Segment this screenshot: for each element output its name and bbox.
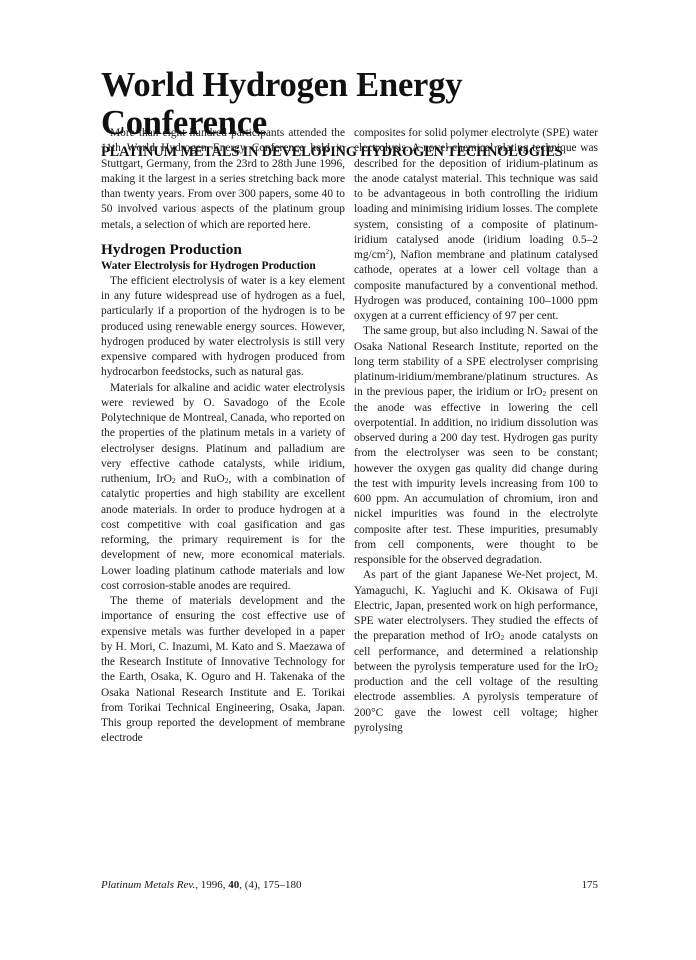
paragraph: The efficient electrolysis of water is a…	[101, 274, 345, 381]
text-run: present on the anode was effective in lo…	[354, 386, 598, 566]
text-run: , with a combination of catalytic proper…	[101, 473, 345, 592]
paragraph: Materials for alkaline and acidic water …	[101, 381, 345, 595]
text-run: production and the cell voltage of the r…	[354, 676, 598, 734]
subscript: 2	[594, 664, 598, 673]
article-page: World Hydrogen Energy Conference PLATINU…	[101, 66, 598, 161]
paragraph: As part of the giant Japanese We-Net pro…	[354, 568, 598, 736]
page-footer: Platinum Metals Rev., 1996, 40, (4), 175…	[101, 878, 598, 892]
intro-paragraph: More than eight hundred participants att…	[101, 126, 345, 233]
paragraph: composites for solid polymer electrolyte…	[354, 126, 598, 324]
citation-volume: 40	[228, 879, 239, 891]
text-run: ), Nafion membrane and platinum catalyse…	[354, 249, 598, 322]
text-run: Materials for alkaline and acidic water …	[101, 382, 345, 486]
section-heading: Hydrogen Production	[101, 241, 345, 259]
text-run: and RuO	[176, 473, 225, 485]
citation-year: , 1996,	[195, 879, 228, 891]
right-column: composites for solid polymer electrolyte…	[354, 126, 598, 747]
paragraph: The theme of materials development and t…	[101, 594, 345, 747]
left-column: More than eight hundred participants att…	[101, 126, 345, 747]
paragraph: The same group, but also including N. Sa…	[354, 324, 598, 568]
citation: Platinum Metals Rev., 1996, 40, (4), 175…	[101, 878, 302, 892]
body-columns: More than eight hundred participants att…	[101, 126, 598, 747]
citation-pages: , (4), 175–180	[239, 879, 301, 891]
subsection-heading: Water Electrolysis for Hydrogen Producti…	[101, 259, 345, 273]
text-run: composites for solid polymer electrolyte…	[354, 127, 598, 261]
page-number: 175	[582, 878, 599, 892]
journal-name: Platinum Metals Rev.	[101, 879, 195, 891]
